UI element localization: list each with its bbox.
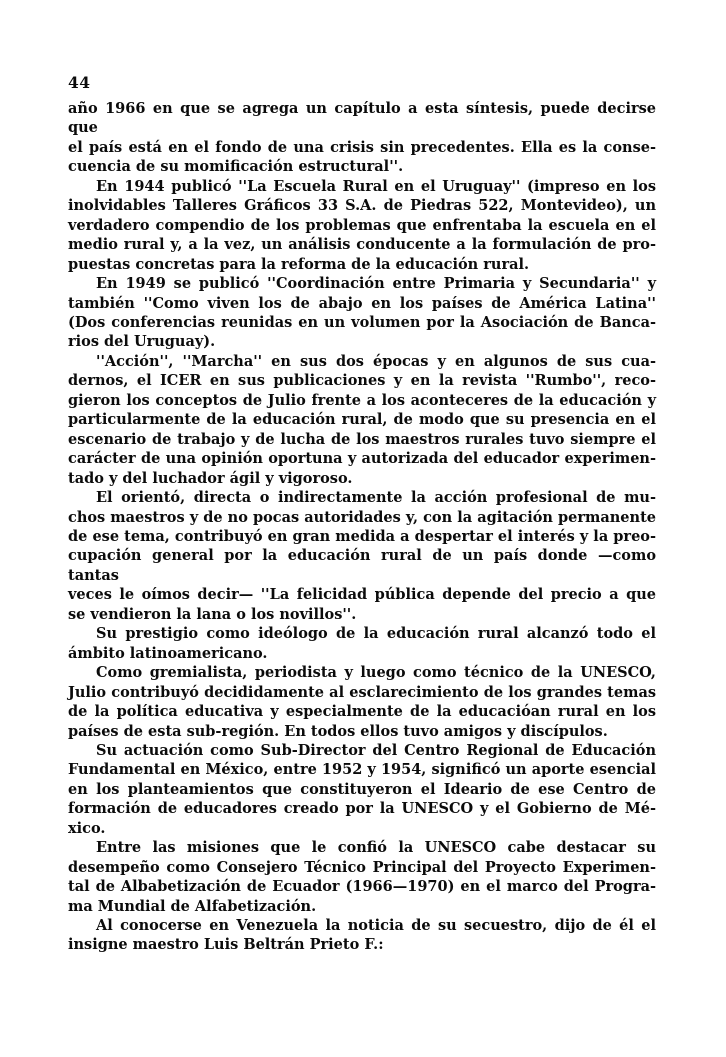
text-line: desempeño como Consejero Técnico Princip… [68,858,656,877]
text-line: países de esta sub-región. En todos ello… [68,722,656,741]
paragraph: Como gremialista, periodista y luego com… [68,663,656,741]
document-page: 44 año 1966 en que se agrega un capítulo… [0,0,726,1057]
paragraph: Su actuación como Sub-Director del Centr… [68,741,656,838]
text-line: Como gremialista, periodista y luego com… [68,663,656,682]
text-line: Su actuación como Sub-Director del Centr… [68,741,656,760]
text-line: en los planteamientos que constituyeron … [68,780,656,799]
text-line: carácter de una opinión oportuna y autor… [68,449,656,468]
paragraph: En 1944 publicó ''La Escuela Rural en el… [68,177,656,274]
text-line: En 1949 se publicó ''Coordinación entre … [68,274,656,293]
text-line: Entre las misiones que le confió la UNES… [68,838,656,857]
text-line: ''Acción'', ''Marcha'' en sus dos épocas… [68,352,656,371]
text-line: Su prestigio como ideólogo de la educaci… [68,624,656,643]
body-text: año 1966 en que se agrega un capítulo a … [68,99,656,955]
text-line: ámbito latinoamericano. [68,644,656,663]
text-line: ma Mundial de Alfabetización. [68,897,656,916]
text-line: de ese tema, contribuyó en gran medida a… [68,527,656,546]
paragraph: año 1966 en que se agrega un capítulo a … [68,99,656,177]
text-line: tal de Albabetización de Ecuador (1966—1… [68,877,656,896]
text-line: formación de educadores creado por la UN… [68,799,656,818]
text-line: cuencia de su momificación estructural''… [68,157,656,176]
text-line: también ''Como viven los de abajo en los… [68,294,656,313]
paragraph: En 1949 se publicó ''Coordinación entre … [68,274,656,352]
text-line: el país está en el fondo de una crisis s… [68,138,656,157]
text-line: gieron los conceptos de Julio frente a l… [68,391,656,410]
text-line: verdadero compendio de los problemas que… [68,216,656,235]
text-line: rios del Uruguay). [68,332,656,351]
text-line: Al conocerse en Venezuela la noticia de … [68,916,656,935]
text-line: dernos, el ICER en sus publicaciones y e… [68,371,656,390]
text-line: año 1966 en que se agrega un capítulo a … [68,99,656,138]
paragraph: Al conocerse en Venezuela la noticia de … [68,916,656,955]
text-line: chos maestros y de no pocas autoridades … [68,508,656,527]
text-line: inolvidables Talleres Gráficos 33 S.A. d… [68,196,656,215]
text-line: El orientó, directa o indirectamente la … [68,488,656,507]
paragraph: El orientó, directa o indirectamente la … [68,488,656,624]
text-line: escenario de trabajo y de lucha de los m… [68,430,656,449]
text-line: de la política educativa y especialmente… [68,702,656,721]
paragraph: ''Acción'', ''Marcha'' en sus dos épocas… [68,352,656,488]
text-line: medio rural y, a la vez, un análisis con… [68,235,656,254]
page-number: 44 [68,73,91,92]
text-line: insigne maestro Luis Beltrán Prieto F.: [68,935,656,954]
text-line: Julio contribuyó decididamente al esclar… [68,683,656,702]
text-line: particularmente de la educación rural, d… [68,410,656,429]
text-line: (Dos conferencias reunidas en un volumen… [68,313,656,332]
text-line: se vendieron la lana o los novillos''. [68,605,656,624]
paragraph: Su prestigio como ideólogo de la educaci… [68,624,656,663]
text-line: xico. [68,819,656,838]
text-line: puestas concretas para la reforma de la … [68,255,656,274]
text-line: Fundamental en México, entre 1952 y 1954… [68,760,656,779]
text-line: veces le oímos decir— ''La felicidad púb… [68,585,656,604]
text-line: En 1944 publicó ''La Escuela Rural en el… [68,177,656,196]
text-line: cupación general por la educación rural … [68,546,656,585]
paragraph: Entre las misiones que le confió la UNES… [68,838,656,916]
text-line: tado y del luchador ágil y vigoroso. [68,469,656,488]
